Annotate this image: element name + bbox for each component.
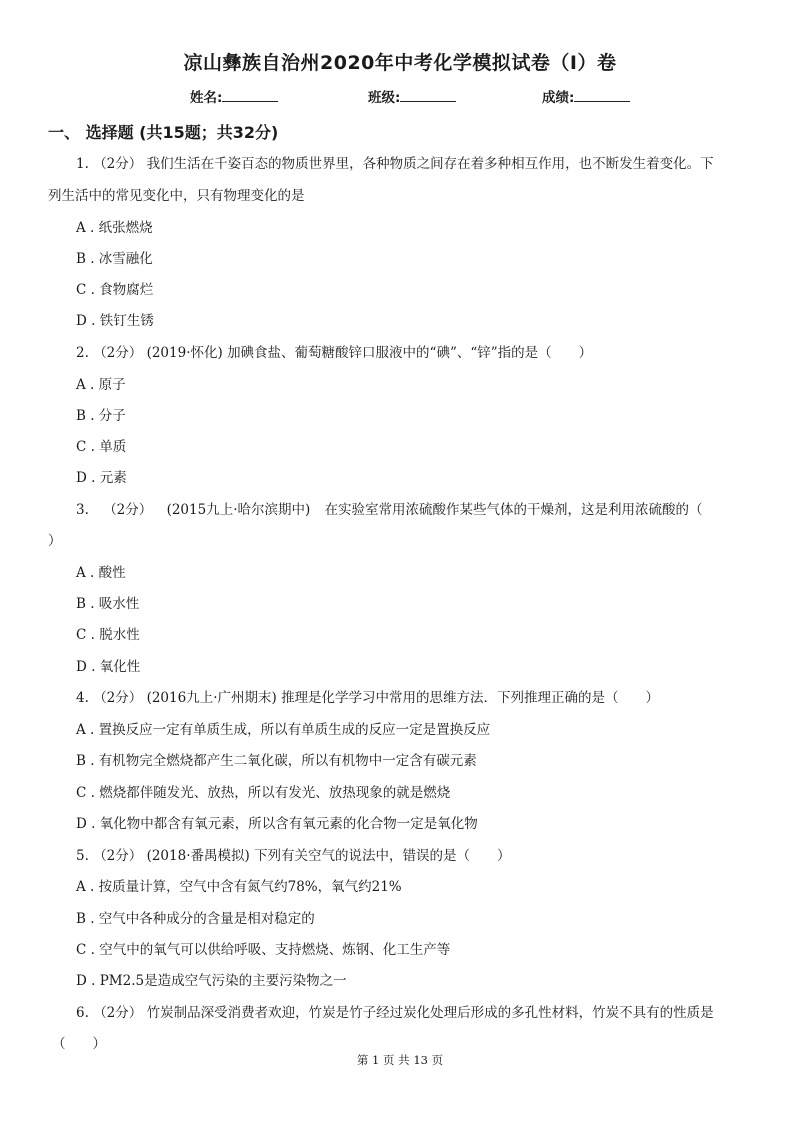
question-6-stem-cont: （ ） bbox=[52, 1032, 106, 1052]
question-3-stem-cont: ） bbox=[48, 529, 62, 549]
question-source: (2018·番禺模拟) bbox=[147, 848, 250, 864]
question-score: （2分） bbox=[93, 156, 142, 172]
q3-option-a: A . 酸性 bbox=[76, 561, 126, 581]
question-text: 下列有关空气的说法中，错误的是（ ） bbox=[254, 848, 511, 864]
question-1-stem: 1. （2分） 我们生活在千姿百态的物质世界里，各种物质之间存在着多种相互作用，… bbox=[76, 152, 714, 172]
q2-option-a: A . 原子 bbox=[76, 373, 126, 393]
question-text: 加碘食盐、葡萄糖酸锌口服液中的“碘”、“锌”指的是（ ） bbox=[227, 345, 592, 361]
q2-option-b: B . 分子 bbox=[76, 404, 126, 424]
q4-option-a: A . 置换反应一定有单质生成，所以有单质生成的反应一定是置换反应 bbox=[76, 718, 490, 738]
q1-option-d: D . 铁钉生锈 bbox=[76, 309, 154, 329]
q1-option-b: B . 冰雪融化 bbox=[76, 247, 153, 267]
class-label: 班级: bbox=[368, 90, 400, 106]
name-label: 姓名: bbox=[190, 90, 222, 106]
question-number: 6. bbox=[76, 1005, 89, 1021]
question-source: (2015九上·哈尔滨期中) bbox=[167, 502, 311, 518]
class-field: 班级: bbox=[368, 86, 456, 106]
q1-option-a: A . 纸张燃烧 bbox=[76, 216, 153, 236]
question-6-stem: 6. （2分） 竹炭制品深受消费者欢迎，竹炭是竹子经过炭化处理后形成的多孔性材料… bbox=[76, 1001, 714, 1021]
score-label: 成绩: bbox=[542, 90, 574, 106]
q5-option-d: D . PM2.5是造成空气污染的主要污染物之一 bbox=[76, 969, 347, 989]
q4-option-b: B . 有机物完全燃烧都产生二氧化碳，所以有机物中一定含有碳元素 bbox=[76, 749, 477, 769]
question-source: (2019·怀化) bbox=[147, 345, 223, 361]
question-3-stem: 3. （2分） (2015九上·哈尔滨期中) 在实验室常用浓硫酸作某些气体的干燥… bbox=[76, 498, 703, 518]
question-score: （2分） bbox=[103, 502, 152, 518]
question-number: 1. bbox=[76, 156, 89, 172]
question-5-stem: 5. （2分） (2018·番禺模拟) 下列有关空气的说法中，错误的是（ ） bbox=[76, 844, 511, 864]
question-1-stem-cont: 列生活中的常见变化中，只有物理变化的是 bbox=[48, 184, 305, 204]
question-text: 推理是化学学习中常用的思维方法．下列推理正确的是（ ） bbox=[281, 690, 659, 706]
name-blank[interactable] bbox=[222, 87, 278, 102]
question-2-stem: 2. （2分） (2019·怀化) 加碘食盐、葡萄糖酸锌口服液中的“碘”、“锌”… bbox=[76, 341, 592, 361]
question-4-stem: 4. （2分） (2016九上·广州期末) 推理是化学学习中常用的思维方法．下列… bbox=[76, 686, 659, 706]
page-footer: 第 1 页 共 13 页 bbox=[0, 1052, 800, 1068]
question-score: （2分） bbox=[93, 345, 142, 361]
score-blank[interactable] bbox=[574, 87, 630, 102]
question-source: (2016九上·广州期末) bbox=[147, 690, 277, 706]
q5-option-c: C . 空气中的氧气可以供给呼吸、支持燃烧、炼钢、化工生产等 bbox=[76, 938, 450, 958]
question-number: 3. bbox=[76, 502, 89, 518]
question-number: 2. bbox=[76, 345, 89, 361]
q3-option-c: C . 脱水性 bbox=[76, 623, 140, 643]
question-number: 5. bbox=[76, 848, 89, 864]
score-field: 成绩: bbox=[542, 86, 630, 106]
question-score: （2分） bbox=[93, 848, 142, 864]
q5-option-b: B . 空气中各种成分的含量是相对稳定的 bbox=[76, 907, 315, 927]
q2-option-c: C . 单质 bbox=[76, 435, 126, 455]
question-score: （2分） bbox=[93, 1005, 142, 1021]
q4-option-c: C . 燃烧都伴随发光、放热，所以有发光、放热现象的就是燃烧 bbox=[76, 781, 450, 801]
q4-option-d: D . 氧化物中都含有氧元素，所以含有氧元素的化合物一定是氧化物 bbox=[76, 812, 478, 832]
question-score: （2分） bbox=[93, 690, 142, 706]
question-text: 竹炭制品深受消费者欢迎，竹炭是竹子经过炭化处理后形成的多孔性材料，竹炭不具有的性… bbox=[147, 1005, 714, 1021]
page-title: 凉山彝族自治州2020年中考化学模拟试卷（I）卷 bbox=[0, 48, 800, 75]
q3-option-d: D . 氧化性 bbox=[76, 655, 140, 675]
q2-option-d: D . 元素 bbox=[76, 466, 127, 486]
q3-option-b: B . 吸水性 bbox=[76, 592, 139, 612]
question-number: 4. bbox=[76, 690, 89, 706]
question-text: 我们生活在千姿百态的物质世界里，各种物质之间存在着多种相互作用，也不断发生着变化… bbox=[147, 156, 714, 172]
q5-option-a: A . 按质量计算，空气中含有氮气约78%，氧气约21% bbox=[76, 875, 402, 895]
name-field: 姓名: bbox=[190, 86, 278, 106]
section-title: 一、 选择题 (共15题；共32分) bbox=[48, 120, 278, 143]
q1-option-c: C . 食物腐烂 bbox=[76, 278, 153, 298]
question-text: 在实验室常用浓硫酸作某些气体的干燥剂，这是利用浓硫酸的（ bbox=[325, 502, 703, 518]
class-blank[interactable] bbox=[400, 87, 456, 102]
